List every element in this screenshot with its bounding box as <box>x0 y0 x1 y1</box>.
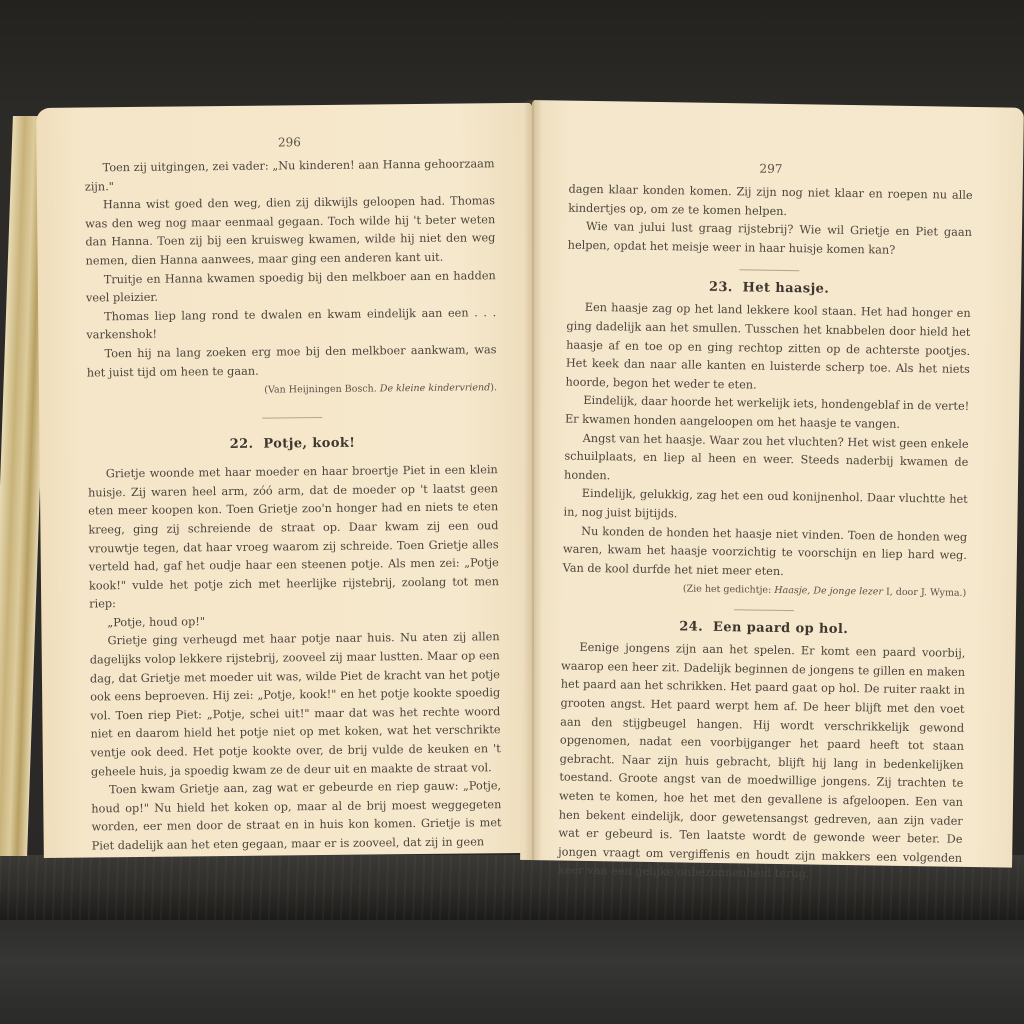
paragraph: Truitje en Hanna kwamen spoedig bij den … <box>86 267 496 308</box>
paragraph: Een haasje zag op het land lekkere kool … <box>565 299 970 398</box>
section-divider <box>734 610 794 612</box>
section-number: 23. <box>709 280 733 295</box>
paragraph: Eindelijk, gelukkig, zag het een oud kon… <box>563 485 968 529</box>
paragraph: Hanna wist goed den weg, dien zij dikwij… <box>85 192 496 271</box>
citation-title: Haasje, De jonge lezer <box>774 585 883 598</box>
paragraph: Thomas liep lang rond te dwalen en kwam … <box>86 304 496 345</box>
paragraph: Toen hij na lang zoeken erg moe bij den … <box>86 341 496 382</box>
table-front <box>0 920 1024 1024</box>
paragraph: Toen zij uitgingen, zei vader: „Nu kinde… <box>85 155 495 196</box>
section-number: 24. <box>679 620 703 635</box>
paragraph: Eindelijk, daar hoorde het werkelijk iet… <box>565 392 970 436</box>
citation: (Van Heijningen Bosch. De kleine kinderv… <box>87 380 497 399</box>
section-divider <box>739 270 799 272</box>
citation-author: (Van Heijningen Bosch. <box>264 384 380 396</box>
page-number-left: 296 <box>84 133 494 151</box>
page-number-right: 297 <box>569 159 973 179</box>
citation-suffix: I, door J. Wyma.) <box>883 587 966 599</box>
citation-prefix: (Zie het gedichtje: <box>683 584 775 596</box>
paragraph: Grietje woonde met haar moeder en haar b… <box>88 461 500 614</box>
paragraph: Wie van jului lust graag rijstebrij? Wie… <box>568 218 973 262</box>
section-divider <box>262 417 322 419</box>
left-page-content: 296 Toen zij uitgingen, zei vader: „Nu k… <box>84 133 502 856</box>
right-page-content: 297 dagen klaar konden komen. Zij zijn n… <box>558 159 973 887</box>
section-title-text: Het haasje. <box>742 281 829 297</box>
section-title-22: 22. Potje, kook! <box>87 434 497 453</box>
section-number: 22. <box>230 437 254 452</box>
left-page: 296 Toen zij uitgingen, zei vader: „Nu k… <box>36 103 540 858</box>
section-title-text: Potje, kook! <box>263 436 355 452</box>
section-title-23: 23. Het haasje. <box>567 278 971 299</box>
right-page: 297 dagen klaar konden komen. Zij zijn n… <box>520 100 1024 868</box>
paragraph: dagen klaar konden komen. Zij zijn nog n… <box>568 181 973 225</box>
book-gutter <box>524 100 542 860</box>
paragraph: Nu konden de honden het haasje niet vind… <box>562 522 967 584</box>
citation-suffix: ). <box>490 382 497 393</box>
paragraph: Toen kwam Grietje aan, zag wat er gebeur… <box>91 777 502 856</box>
paragraph: Angst van het haasje. Waar zou het vluch… <box>564 429 969 491</box>
section-title-24: 24. Een paard op hol. <box>562 618 966 639</box>
paragraph: Grietje ging verheugd met haar potje naa… <box>89 629 501 782</box>
paragraph: Eenige jongens zijn aan het spelen. Er k… <box>558 639 966 887</box>
citation-title: De kleine kindervriend <box>380 382 491 394</box>
section-title-text: Een paard op hol. <box>713 620 848 637</box>
